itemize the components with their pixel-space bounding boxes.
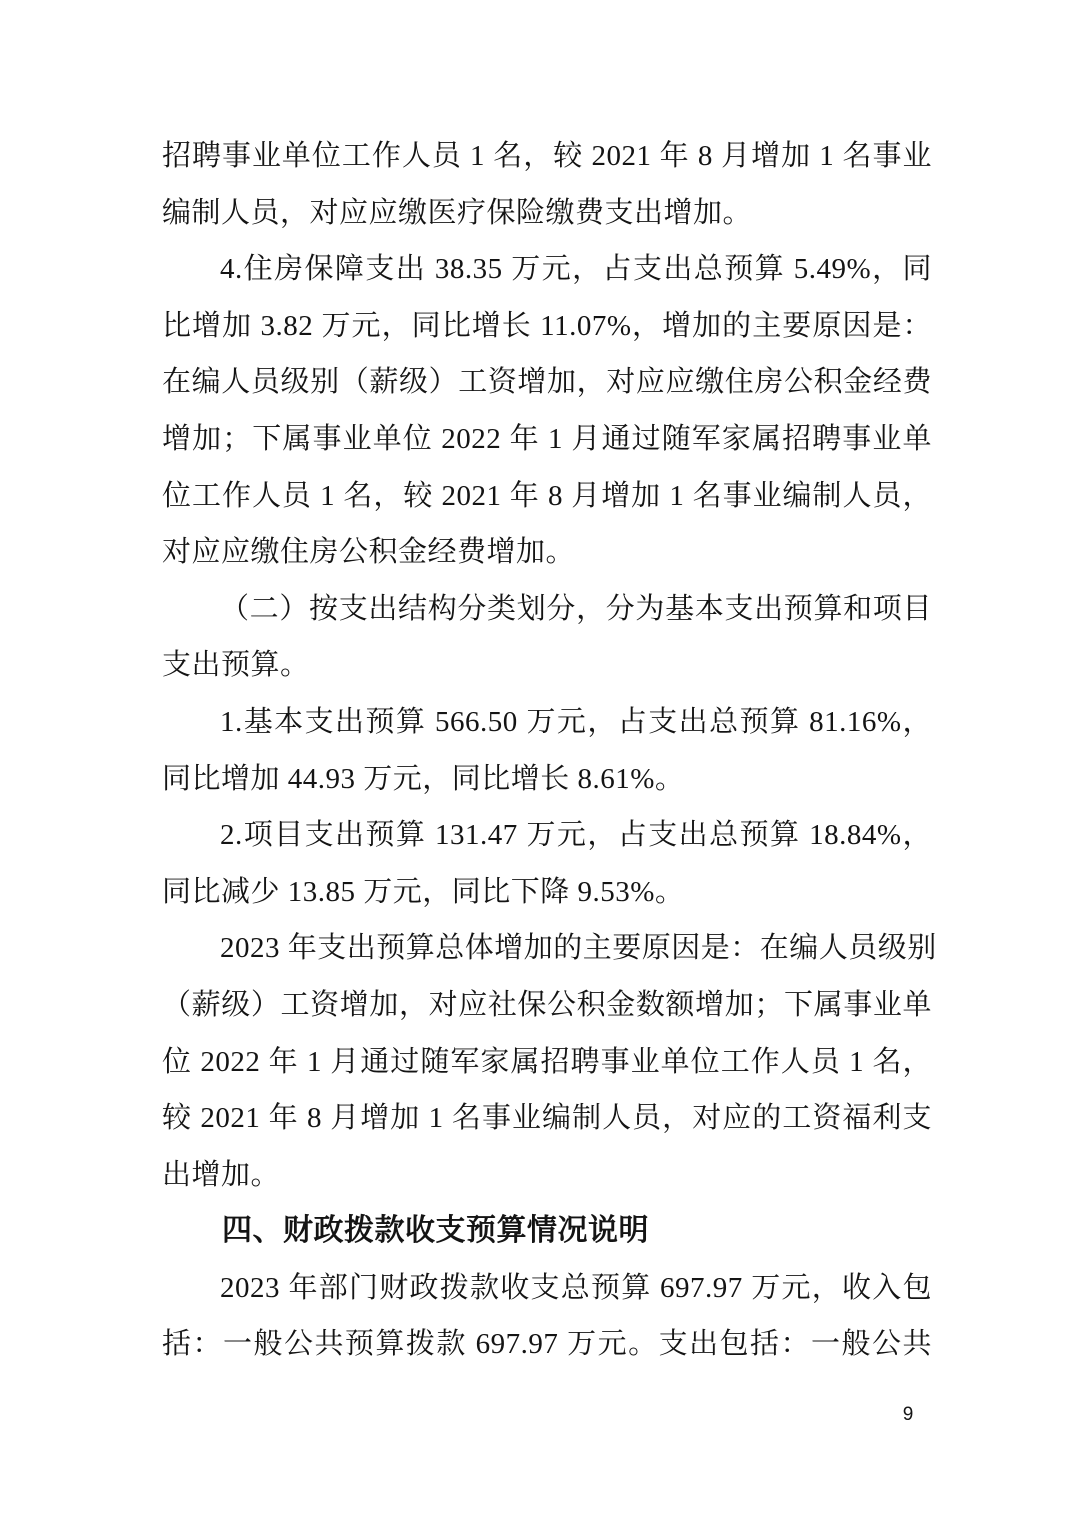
text-line: 对应应缴住房公积金经费增加。 bbox=[162, 524, 932, 581]
text-line: 较 2021 年 8 月增加 1 名事业编制人员，对应的工资福利支 bbox=[162, 1090, 932, 1147]
page-number: 9 bbox=[894, 1404, 922, 1426]
text-line: 招聘事业单位工作人员 1 名，较 2021 年 8 月增加 1 名事业 bbox=[162, 128, 932, 185]
text-line: 在编人员级别（薪级）工资增加，对应应缴住房公积金经费 bbox=[162, 354, 932, 411]
text-line: 比增加 3.82 万元，同比增长 11.07%，增加的主要原因是： bbox=[162, 298, 932, 355]
text-line: （薪级）工资增加，对应社保公积金数额增加；下属事业单 bbox=[162, 977, 932, 1034]
text-line: 出增加。 bbox=[162, 1147, 932, 1204]
document-body: 招聘事业单位工作人员 1 名，较 2021 年 8 月增加 1 名事业 编制人员… bbox=[162, 128, 932, 1373]
text-line: 编制人员，对应应缴医疗保险缴费支出增加。 bbox=[162, 185, 932, 242]
section-heading: 四、财政拨款收支预算情况说明 bbox=[162, 1203, 932, 1260]
text-line: 括：一般公共预算拨款 697.97 万元。支出包括：一般公共 bbox=[162, 1316, 932, 1373]
document-page: 招聘事业单位工作人员 1 名，较 2021 年 8 月增加 1 名事业 编制人员… bbox=[0, 0, 1075, 1520]
text-line: 同比减少 13.85 万元，同比下降 9.53%。 bbox=[162, 864, 932, 921]
text-line: 增加；下属事业单位 2022 年 1 月通过随军家属招聘事业单 bbox=[162, 411, 932, 468]
text-line: 位工作人员 1 名，较 2021 年 8 月增加 1 名事业编制人员， bbox=[162, 468, 932, 525]
text-line: 1.基本支出预算 566.50 万元，占支出总预算 81.16%， bbox=[162, 694, 932, 751]
text-line: 2023 年部门财政拨款收支总预算 697.97 万元，收入包 bbox=[162, 1260, 932, 1317]
text-line: 支出预算。 bbox=[162, 637, 932, 694]
text-line: 2023 年支出预算总体增加的主要原因是：在编人员级别 bbox=[162, 920, 932, 977]
text-line: 位 2022 年 1 月通过随军家属招聘事业单位工作人员 1 名， bbox=[162, 1034, 932, 1091]
text-line: 2.项目支出预算 131.47 万元，占支出总预算 18.84%， bbox=[162, 807, 932, 864]
text-line: （二）按支出结构分类划分，分为基本支出预算和项目 bbox=[162, 581, 932, 638]
text-line: 4.住房保障支出 38.35 万元，占支出总预算 5.49%，同 bbox=[162, 241, 932, 298]
text-line: 同比增加 44.93 万元，同比增长 8.61%。 bbox=[162, 751, 932, 808]
